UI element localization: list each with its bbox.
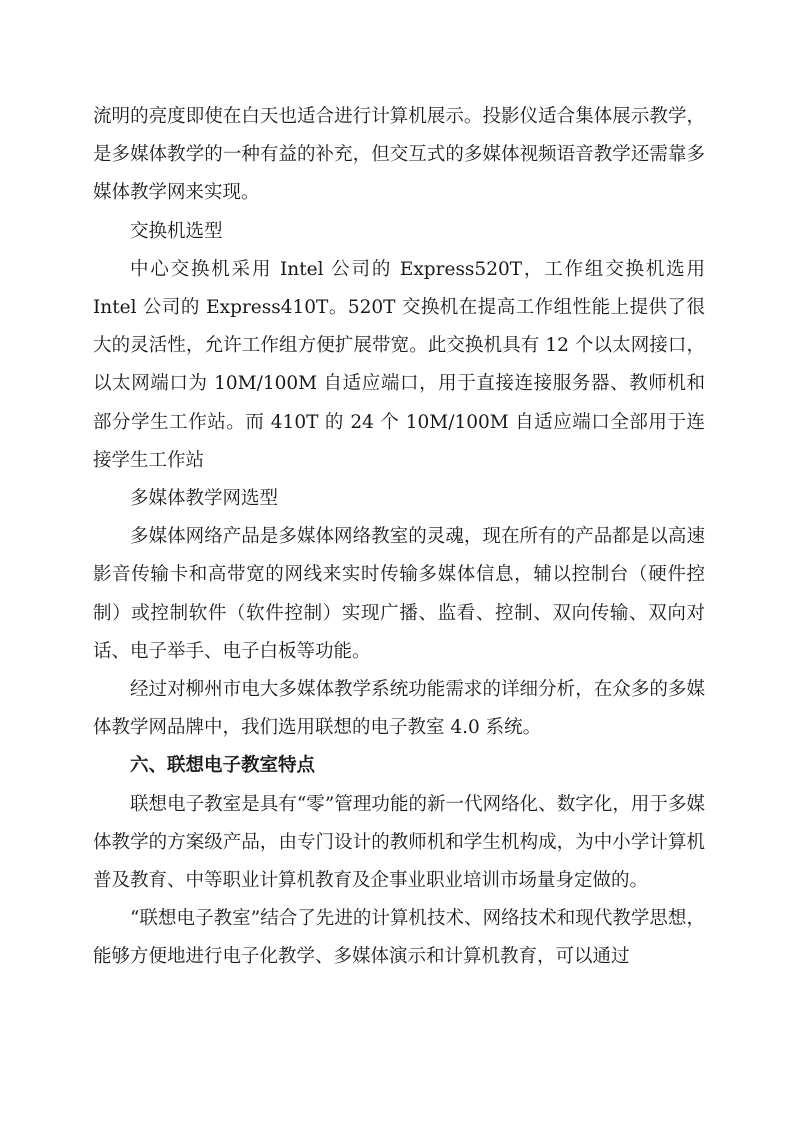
subheading-switch-selection: 交换机选型: [93, 213, 705, 251]
paragraph-multimedia-network-products: 多媒体网络产品是多媒体网络教室的灵魂，现在所有的产品都是以高速影音传输卡和高带宽…: [93, 518, 705, 671]
subheading-multimedia-network-selection: 多媒体教学网选型: [93, 480, 705, 518]
section-heading-lenovo-features: 六、联想电子教室特点: [93, 747, 705, 785]
document-page: 流明的亮度即使在白天也适合进行计算机展示。投影仪适合集体展示教学，是多媒体教学的…: [93, 98, 705, 977]
paragraph-projector-summary: 流明的亮度即使在白天也适合进行计算机展示。投影仪适合集体展示教学，是多媒体教学的…: [93, 98, 705, 213]
paragraph-switch-details: 中心交换机采用 Intel 公司的 Express520T，工作组交换机选用 I…: [93, 251, 705, 480]
paragraph-selection-conclusion: 经过对柳州市电大多媒体教学系统功能需求的详细分析，在众多的多媒体教学网品牌中，我…: [93, 671, 705, 747]
paragraph-lenovo-classroom-tech: “联想电子教室”结合了先进的计算机技术、网络技术和现代教学思想，能够方便地进行电…: [93, 900, 705, 976]
paragraph-lenovo-classroom-intro: 联想电子教室是具有“零”管理功能的新一代网络化、数字化，用于多媒体教学的方案级产…: [93, 786, 705, 901]
